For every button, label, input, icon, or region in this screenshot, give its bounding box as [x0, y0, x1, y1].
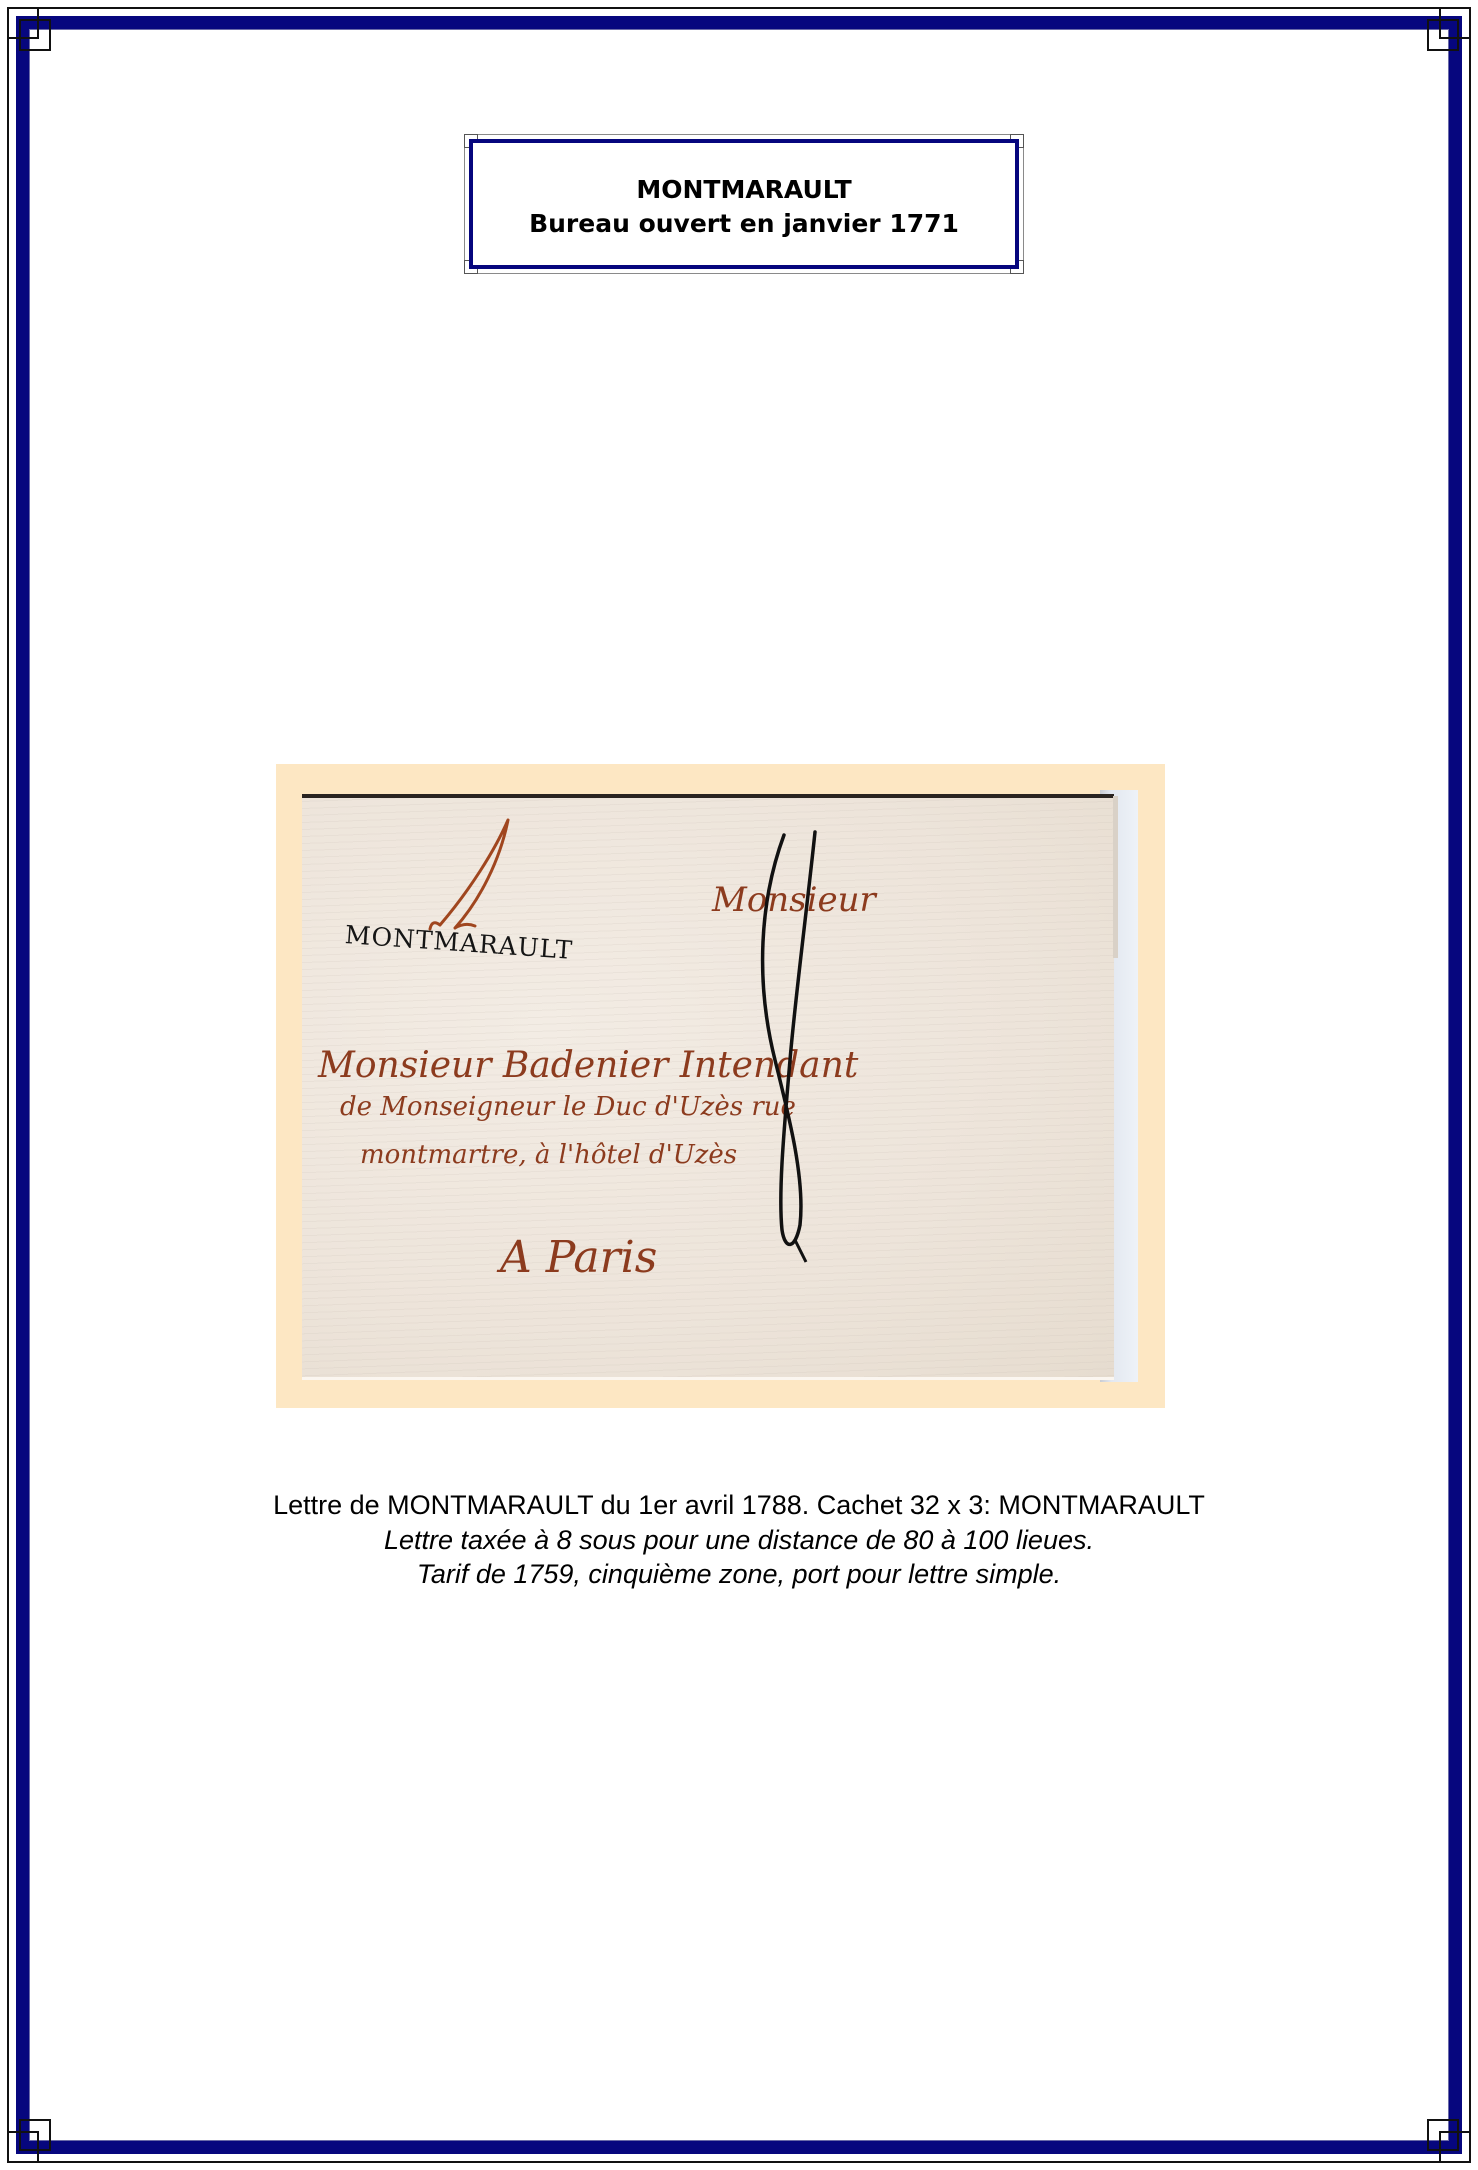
caption-line-1: Lettre de MONTMARAULT du 1er avril 1788.…: [0, 1488, 1478, 1522]
caption-line-3: Tarif de 1759, cinquième zone, port pour…: [0, 1557, 1478, 1591]
corner-ornament-top-left: [5, 5, 53, 53]
title-text: MONTMARAULT Bureau ouvert en janvier 177…: [473, 173, 1015, 241]
handwritten-salutation: Monsieur: [712, 880, 876, 920]
page-subtitle: Bureau ouvert en janvier 1771: [473, 207, 1015, 241]
title-box: MONTMARAULT Bureau ouvert en janvier 177…: [464, 134, 1024, 274]
corner-ornament-bottom-right: [1425, 2117, 1473, 2165]
corner-ornament-bottom-left: [5, 2117, 53, 2165]
caption-line-2: Lettre taxée à 8 sous pour une distance …: [0, 1523, 1478, 1557]
letter-image: [302, 794, 1114, 1380]
handwritten-address-line1: Monsieur Badenier Intendant: [318, 1045, 858, 1086]
handwritten-destination: A Paris: [500, 1232, 657, 1283]
page-title: MONTMARAULT: [473, 173, 1015, 207]
handwritten-address-line3: montmartre, à l'hôtel d'Uzès: [360, 1140, 737, 1170]
corner-ornament-top-right: [1425, 5, 1473, 53]
title-box-navy-border: MONTMARAULT Bureau ouvert en janvier 177…: [469, 139, 1019, 269]
letter-fold-edge: [1113, 796, 1118, 958]
handwritten-address-line2: de Monseigneur le Duc d'Uzès rue: [340, 1092, 796, 1122]
